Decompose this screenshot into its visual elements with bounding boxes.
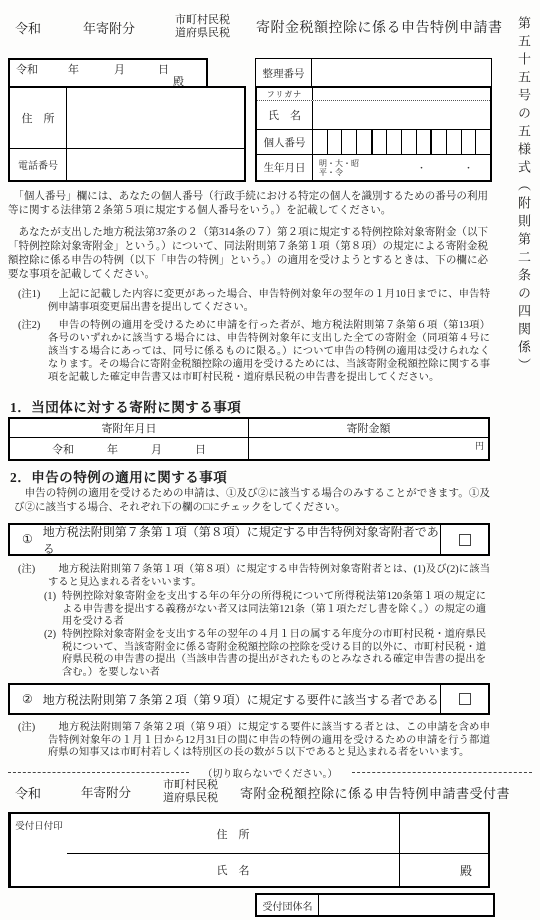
condition-1-text-cell: ① 地方税法附則第７条第１項（第８項）に規定する申告特例対象寄附者である bbox=[10, 525, 440, 554]
address-label: 住 所 bbox=[10, 88, 67, 148]
donation-amount-field[interactable]: 円 bbox=[249, 438, 488, 459]
donation-table-header: 寄附年月日 寄附金額 bbox=[10, 419, 488, 438]
condition-2-text: 地方税法附則第７条第２項（第９項）に規定する要件に該当する者である bbox=[43, 691, 439, 708]
note-2: (注2) 申告の特例の適用を受けるために申請を行った者が、地方税法附則第７条第６… bbox=[8, 319, 490, 384]
reference-number-field[interactable] bbox=[312, 59, 491, 87]
name-row: 氏 名 bbox=[257, 101, 490, 130]
reference-number-row: 整理番号 bbox=[255, 58, 492, 88]
form-title: 寄附金税額控除に係る申告特例申請書 bbox=[256, 17, 503, 37]
condition-1-note-text: 地方税法附則第７条第１項（第８項）に規定する申告特例対象寄附者とは、(1)及び(… bbox=[48, 563, 490, 589]
name-label: 氏 名 bbox=[257, 101, 313, 129]
my-number-cell[interactable] bbox=[386, 130, 401, 154]
condition-2-row: ② 地方税法附則第７条第２項（第９項）に規定する要件に該当する者である bbox=[8, 683, 490, 715]
address-field[interactable] bbox=[67, 88, 244, 148]
section1-title: 1．当団体に対する寄附に関する事項 bbox=[10, 396, 241, 416]
note-2-text: 申告の特例の適用を受けるために申請を行った者が、地方税法附則第７条第６項（第13… bbox=[48, 319, 490, 384]
phone-row: 電話番号 bbox=[10, 149, 244, 180]
subnote-2-text: 特例控除対象寄附金を支出する年の翌年の４月１日の属する年度分の市町村民税・道府県… bbox=[62, 629, 486, 679]
subnote-1-label: (1) bbox=[44, 591, 62, 629]
era-options: 明・大・昭 平・令 bbox=[319, 159, 359, 177]
my-number-cell[interactable] bbox=[313, 130, 327, 154]
receipt-year-suffix: 年寄附分 bbox=[81, 783, 131, 801]
checkbox-icon[interactable] bbox=[459, 534, 471, 546]
my-number-cell[interactable] bbox=[461, 130, 476, 154]
donation-table-row: 令和 年 月 日 円 bbox=[10, 438, 488, 459]
reference-number-label: 整理番号 bbox=[256, 59, 312, 87]
birth-date-label: 生年月日 bbox=[257, 155, 313, 180]
donation-amount-header: 寄附金額 bbox=[249, 419, 488, 437]
application-form-page: 第五十五号の五様式（附則第二条の四関係） 令和 年寄附分 市町村民税 道府県民税… bbox=[0, 0, 540, 920]
condition-1-subnote-1: (1) 特例控除対象寄附金を支出する年の年分の所得税について所得税法第120条第… bbox=[8, 591, 486, 629]
condition-1-number: ① bbox=[22, 532, 33, 547]
birth-date-row: 生年月日 明・大・昭 平・令 ・ ・ bbox=[257, 155, 490, 180]
date-day-label: 日 bbox=[158, 61, 169, 77]
checkbox-icon[interactable] bbox=[459, 693, 471, 705]
era-options-top: 明・大・昭 bbox=[319, 159, 359, 168]
do-not-cut-label: （切り取らないでください。） bbox=[203, 765, 338, 780]
my-number-cell[interactable] bbox=[446, 130, 461, 154]
dashed-line bbox=[352, 772, 533, 773]
my-number-cell[interactable] bbox=[401, 130, 416, 154]
header-tax-types: 市町村民税 道府県民税 bbox=[175, 14, 230, 40]
header-era-label: 令和 bbox=[15, 18, 41, 37]
tax-line-municipal: 市町村民税 bbox=[163, 779, 218, 792]
submission-date-line: 令和 年 月 日 bbox=[10, 61, 206, 77]
note-1-label: (注1) bbox=[18, 288, 48, 314]
tax-line-prefectural: 道府県民税 bbox=[175, 27, 230, 40]
my-number-label: 個人番号 bbox=[257, 130, 313, 154]
my-number-cells bbox=[313, 130, 490, 154]
receiving-organization-box: 受付団体名 bbox=[255, 893, 495, 917]
donation-date-field[interactable]: 令和 年 月 日 bbox=[10, 438, 249, 459]
condition-2-checkbox-cell bbox=[440, 685, 488, 713]
receipt-address-label: 住 所 bbox=[67, 814, 400, 854]
tax-line-municipal: 市町村民税 bbox=[175, 14, 230, 27]
condition-1-note: (注) 地方税法附則第７条第１項（第８項）に規定する申告特例対象寄附者とは、(1… bbox=[8, 563, 490, 589]
address-row: 住 所 bbox=[10, 88, 244, 149]
donation-date-header: 寄附年月日 bbox=[10, 419, 249, 437]
yen-unit-label: 円 bbox=[475, 439, 484, 452]
subnote-2-label: (2) bbox=[44, 629, 62, 679]
address-phone-box: 住 所 電話番号 bbox=[8, 86, 246, 182]
receipt-honorific: 殿 bbox=[460, 862, 488, 879]
furigana-field[interactable] bbox=[313, 88, 490, 100]
applicant-info-block: 令和 年 月 日 殿 住 所 電話番号 整理番号 フリガナ bbox=[8, 58, 492, 182]
date-era-label: 令和 bbox=[16, 61, 38, 77]
birth-date-separator: ・ bbox=[464, 161, 473, 174]
my-number-cell[interactable] bbox=[371, 130, 387, 154]
tax-line-prefectural: 道府県民税 bbox=[163, 792, 218, 805]
note-2-label: (注2) bbox=[18, 319, 48, 384]
my-number-cell[interactable] bbox=[356, 130, 371, 154]
condition-1-checkbox-cell bbox=[440, 525, 488, 554]
receiving-organization-field[interactable] bbox=[319, 895, 493, 915]
my-number-cell[interactable] bbox=[341, 130, 356, 154]
condition-2-number: ② bbox=[22, 692, 33, 707]
phone-field[interactable] bbox=[67, 149, 244, 180]
condition-2-note-label: (注) bbox=[18, 722, 48, 760]
furigana-label: フリガナ bbox=[257, 88, 313, 100]
date-year-label: 年 bbox=[68, 61, 79, 77]
header-year-suffix: 年寄附分 bbox=[83, 18, 135, 37]
birth-date-separator: ・ bbox=[417, 161, 426, 174]
my-number-cell[interactable] bbox=[430, 130, 446, 154]
receipt-tax-types: 市町村民税 道府県民税 bbox=[163, 779, 218, 805]
condition-1-subnote-2: (2) 特例控除対象寄附金を支出する年の翌年の４月１日の属する年度分の市町村民税… bbox=[8, 629, 486, 679]
receipt-title: 寄附金税額控除に係る申告特例申請書受付書 bbox=[240, 783, 510, 802]
receipt-era-label: 令和 bbox=[15, 783, 41, 802]
my-number-row: 個人番号 bbox=[257, 130, 490, 155]
application-instruction: あなたが支出した地方税法第37条の２（第314条の７）第２項に規定する特例控除対… bbox=[8, 226, 488, 282]
furigana-row: フリガナ bbox=[257, 88, 490, 101]
condition-2-text-cell: ② 地方税法附則第７条第２項（第９項）に規定する要件に該当する者である bbox=[10, 685, 440, 713]
date-month-label: 月 bbox=[114, 61, 125, 77]
condition-2-note-text: 地方税法附則第７条第２項（第９項）に規定する要件に該当する者とは、この申請を含め… bbox=[48, 722, 490, 760]
condition-1-note-label: (注) bbox=[18, 563, 48, 589]
dashed-line bbox=[8, 772, 189, 773]
note-1: (注1) 上記に記載した内容に変更があった場合、申告特例対象年の翌年の１月10日… bbox=[8, 288, 490, 314]
receipt-name-field[interactable]: 殿 bbox=[400, 854, 488, 886]
birth-date-field[interactable]: 明・大・昭 平・令 ・ ・ bbox=[313, 155, 490, 180]
perforation-line: （切り取らないでください。） bbox=[8, 765, 532, 780]
form-number-note: 第五十五号の五様式（附則第二条の四関係） bbox=[514, 16, 533, 376]
receipt-name-label: 氏 名 bbox=[67, 854, 400, 886]
phone-label: 電話番号 bbox=[10, 149, 67, 180]
donation-table: 寄附年月日 寄附金額 令和 年 月 日 円 bbox=[8, 417, 490, 461]
my-number-cell[interactable] bbox=[327, 130, 342, 154]
section2-title: 2．申告の特例の適用に関する事項 bbox=[10, 466, 227, 486]
my-number-cell[interactable] bbox=[416, 130, 431, 154]
submission-date-box[interactable]: 令和 年 月 日 殿 bbox=[8, 58, 208, 88]
condition-1-row: ① 地方税法附則第７条第１項（第８項）に規定する申告特例対象寄附者である bbox=[8, 523, 490, 556]
receipt-stamp-area[interactable]: 受付日付印 bbox=[10, 814, 67, 886]
condition-1-text: 地方税法附則第７条第１項（第８項）に規定する申告特例対象寄附者である bbox=[43, 523, 440, 557]
name-field[interactable] bbox=[313, 101, 490, 129]
condition-2-note: (注) 地方税法附則第７条第２項（第９項）に規定する要件に該当する者とは、この申… bbox=[8, 722, 490, 760]
subnote-1-text: 特例控除対象寄附金を支出する年の年分の所得税について所得税法第120条第１項の規… bbox=[62, 591, 486, 629]
receipt-header: 令和 年寄附分 市町村民税 道府県民税 寄附金税額控除に係る申告特例申請書受付書 bbox=[8, 779, 510, 805]
my-number-instruction: 「個人番号」欄には、あなたの個人番号（行政手続における特定の個人を識別するための… bbox=[8, 190, 488, 218]
form-header: 令和 年寄附分 市町村民税 道府県民税 寄附金税額控除に係る申告特例申請書 bbox=[8, 14, 503, 40]
note-1-text: 上記に記載した内容に変更があった場合、申告特例対象年の翌年の１月10日までに、申… bbox=[48, 288, 490, 314]
my-number-cell[interactable] bbox=[475, 130, 490, 154]
receiving-organization-label: 受付団体名 bbox=[257, 895, 319, 915]
section2-lead: 申告の特例の適用を受けるための申請は、①及び②に該当する場合のみすることができま… bbox=[14, 487, 490, 515]
receipt-address-field[interactable] bbox=[400, 814, 488, 854]
era-options-bottom: 平・令 bbox=[319, 168, 359, 177]
identity-box: フリガナ 氏 名 個人番号 生年月日 明・大・昭 平・令 ・ ・ bbox=[255, 86, 492, 182]
receipt-table: 住 所 受付日付印 氏 名 殿 bbox=[8, 812, 490, 888]
